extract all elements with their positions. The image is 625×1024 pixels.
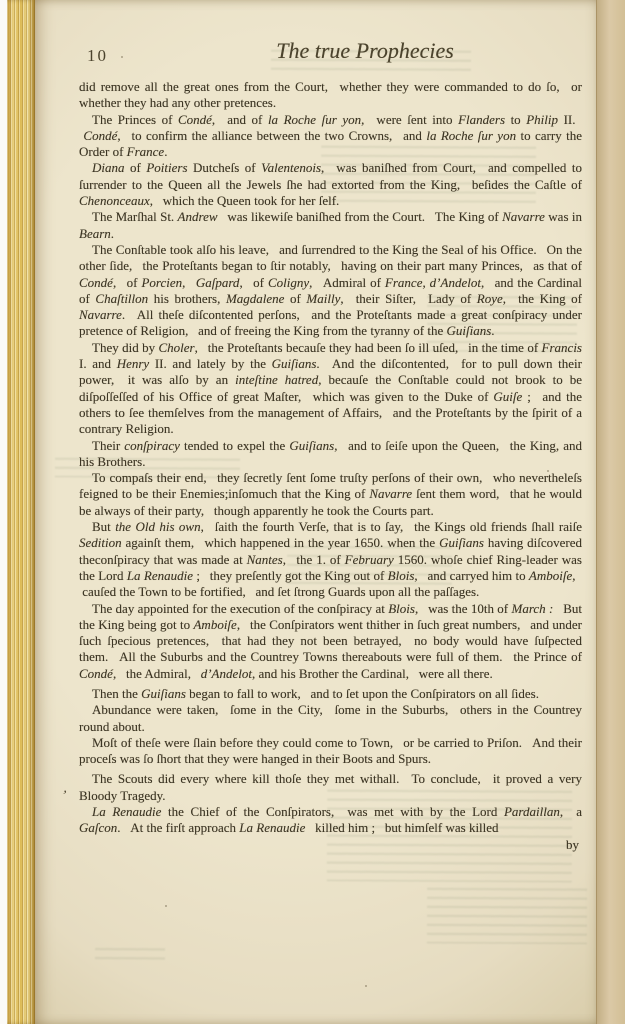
page-number: 10 — [87, 46, 108, 66]
paragraph: To compaſs their end, they ſecretly ſent… — [79, 470, 582, 519]
paragraph: Abundance were taken, ſome in the City, … — [79, 702, 582, 735]
ink-speck — [365, 985, 367, 987]
paragraph: Then the Guiſians began to fall to work,… — [79, 686, 582, 702]
paragraph: La Renaudie the Chief of the Conſpirator… — [79, 804, 582, 837]
paragraph: The Scouts did every where kill thoſe th… — [79, 771, 582, 804]
paragraph-container: did remove all the great ones from the C… — [79, 79, 582, 837]
ink-speck — [165, 905, 167, 907]
paragraph: did remove all the great ones from the C… — [79, 79, 582, 112]
paragraph: But the Old his own, ſaith the fourth Ve… — [79, 519, 582, 600]
running-title: The true Prophecies — [79, 38, 581, 64]
paragraph: Moſt of theſe were ſlain before they cou… — [79, 735, 582, 768]
show-through-patch — [95, 948, 165, 962]
show-through-patch — [427, 888, 587, 945]
book-page: 10 The true Prophecies did remove all th… — [35, 0, 597, 1024]
paragraph: Their conſpiracy tended to expel the Gui… — [79, 438, 582, 471]
paragraph: The Conſtable took alſo his leave, and ſ… — [79, 242, 582, 340]
book-scan: 10 The true Prophecies did remove all th… — [0, 0, 625, 1024]
page-header: 10 The true Prophecies — [79, 38, 581, 70]
stray-ink-mark: , — [62, 781, 69, 797]
paragraph: The Marſhal St. Andrew was likewiſe bani… — [79, 209, 582, 242]
paragraph: Diana of Poitiers Dutcheſs of Valentenoi… — [79, 160, 582, 209]
paragraph: The Princes of Condé, and of la Roche ſu… — [79, 112, 582, 161]
paragraph: They did by Choler, the Proteſtants beca… — [79, 340, 582, 438]
paragraph: The day appointed for the execution of t… — [79, 601, 582, 682]
page-body-text: did remove all the great ones from the C… — [79, 79, 582, 853]
catchword: by — [79, 837, 582, 853]
gilt-page-edges-left — [7, 0, 35, 1024]
page-edge-right — [596, 0, 625, 1024]
